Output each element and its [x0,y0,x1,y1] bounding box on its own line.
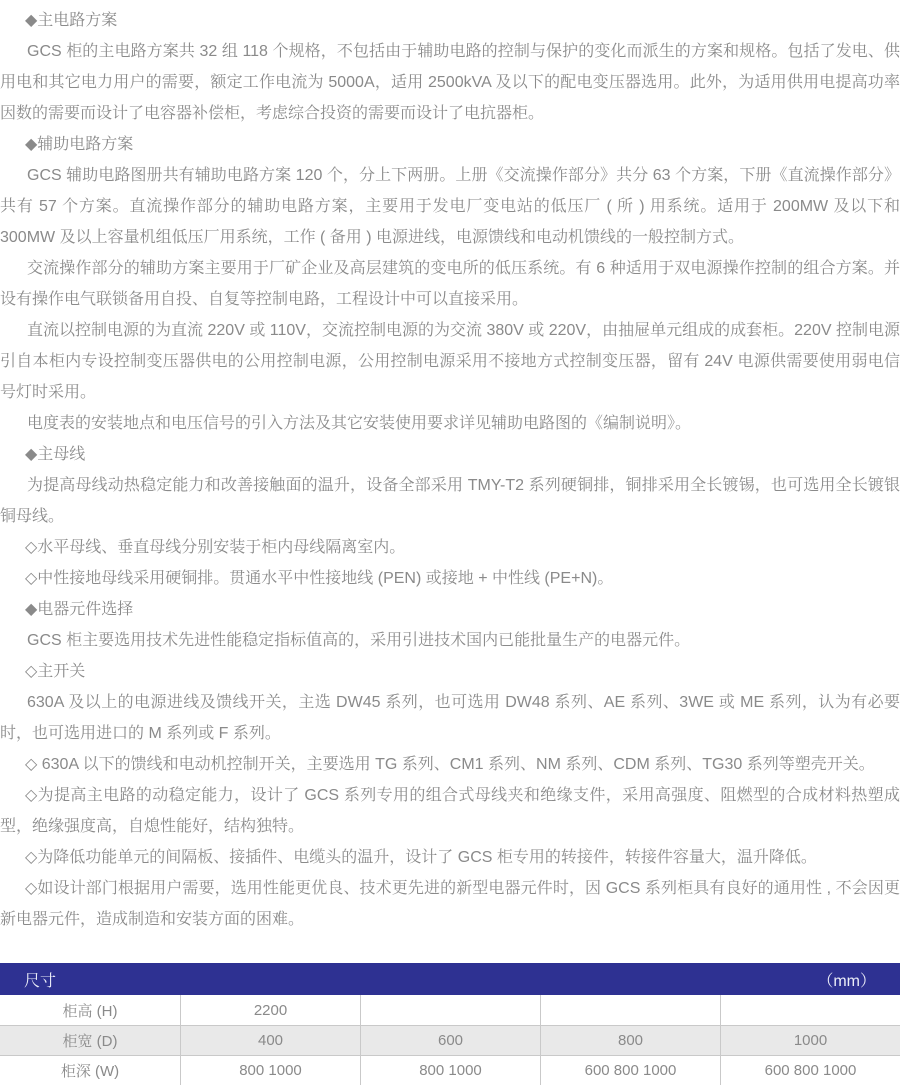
table-cell: 800 1000 [180,1056,360,1085]
table-title: 尺寸 [24,968,56,991]
table-unit: （mm） [817,968,876,991]
paragraph: 630A 及以上的电源进线及馈线开关，主选 DW45 系列，也可选用 DW48 … [0,687,900,749]
table-cell: 2200 [180,995,360,1025]
paragraph: GCS 柜主要选用技术先进性能稳定指标值高的，采用引进技术国内已能批量生产的电器… [0,625,900,656]
row-label: 柜高 (H) [0,995,180,1025]
paragraph: 为提高母线动热稳定能力和改善接触面的温升，设备全部采用 TMY-T2 系列硬铜排… [0,470,900,532]
table-cell [360,995,540,1025]
paragraph: GCS 柜的主电路方案共 32 组 118 个规格，不包括由于辅助电路的控制与保… [0,36,900,129]
table-cell: 400 [180,1026,360,1055]
section-heading: ◆主电路方案 [0,5,900,36]
sub-item: ◇如设计部门根据用户需要，选用性能更优良、技术更先进的新型电器元件时，因 GCS… [0,873,900,935]
dimensions-table-header: 尺寸 （mm） [0,963,900,995]
table-cell: 600 800 1000 [540,1056,720,1085]
sub-item: ◇主开关 [0,656,900,687]
table-cell: 600 [360,1026,540,1055]
dimensions-table-grid: 柜高 (H) 2200 柜宽 (D) 400 600 800 1000 柜深 (… [0,995,900,1085]
sub-item: ◇为降低功能单元的间隔板、接插件、电缆头的温升，设计了 GCS 柜专用的转接件，… [0,842,900,873]
table-cell: 800 [540,1026,720,1055]
table-row: 柜高 (H) 2200 [0,995,900,1025]
table-row: 柜深 (W) 800 1000 800 1000 600 800 1000 60… [0,1055,900,1085]
paragraph: GCS 辅助电路图册共有辅助电路方案 120 个，分上下两册。上册《交流操作部分… [0,160,900,253]
paragraph: 直流以控制电源的为直流 220V 或 110V，交流控制电源的为交流 380V … [0,315,900,408]
table-cell [720,995,900,1025]
sub-item: ◇水平母线、垂直母线分别安装于柜内母线隔离室内。 [0,532,900,563]
section-heading: ◆电器元件选择 [0,594,900,625]
document-body: ◆主电路方案 GCS 柜的主电路方案共 32 组 118 个规格，不包括由于辅助… [0,0,900,935]
table-cell: 800 1000 [360,1056,540,1085]
paragraph: 交流操作部分的辅助方案主要用于厂矿企业及高层建筑的变电所的低压系统。有 6 种适… [0,253,900,315]
row-label: 柜宽 (D) [0,1026,180,1055]
sub-item: ◇ 630A 以下的馈线和电动机控制开关，主要选用 TG 系列、CM1 系列、N… [0,749,900,780]
sub-item: ◇中性接地母线采用硬铜排。贯通水平中性接地线 (PEN) 或接地 + 中性线 (… [0,563,900,594]
paragraph: 电度表的安装地点和电压信号的引入方法及其它安装使用要求详见辅助电路图的《编制说明… [0,408,900,439]
table-cell: 600 800 1000 [720,1056,900,1085]
table-row: 柜宽 (D) 400 600 800 1000 [0,1025,900,1055]
section-heading: ◆主母线 [0,439,900,470]
dimensions-table: 尺寸 （mm） 柜高 (H) 2200 柜宽 (D) 400 600 800 1… [0,963,900,1085]
row-label: 柜深 (W) [0,1056,180,1085]
table-cell: 1000 [720,1026,900,1055]
section-heading: ◆辅助电路方案 [0,129,900,160]
sub-item: ◇为提高主电路的动稳定能力，设计了 GCS 系列专用的组合式母线夹和绝缘支件，采… [0,780,900,842]
table-cell [540,995,720,1025]
